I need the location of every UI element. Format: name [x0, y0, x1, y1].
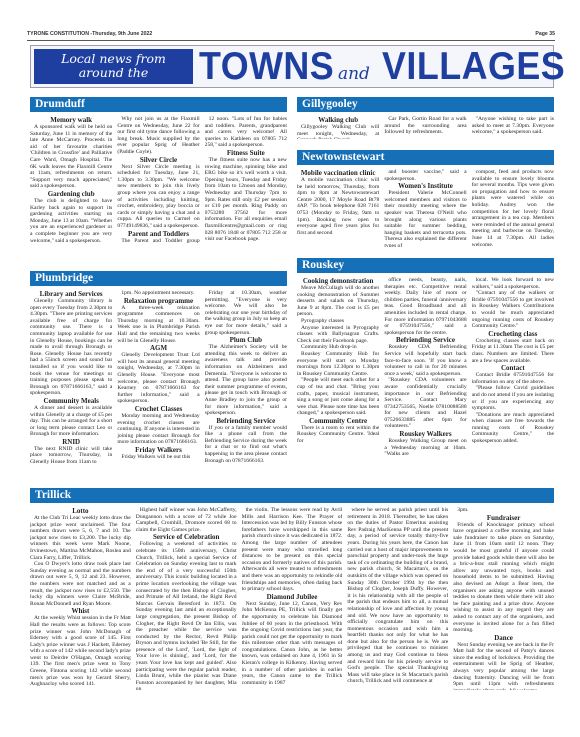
article-column: 3pm.FundraiserFriends of Knocknagor prim…: [453, 507, 554, 690]
article-paragraph: 12 noon. "Lots of fun for babies and tod…: [205, 116, 287, 149]
section-title: Rouskey: [297, 258, 554, 273]
article-heading: Whist: [30, 607, 131, 615]
article-paragraph: Pyrography classes: [297, 318, 379, 325]
article-heading: Fitness Suite: [205, 149, 287, 157]
article-paragraph: Car Park, Gortin Road for a walk around …: [384, 116, 466, 136]
section-title: Newtownstewart: [297, 150, 554, 165]
article-paragraph: At the Club Tri Leac weekly lotto draw t…: [30, 515, 131, 561]
article-heading: Memory walk: [30, 116, 112, 124]
article-paragraph: Following a weekend of activities to cel…: [136, 541, 237, 690]
article-column: 1pm. No appointment necessary.Relaxation…: [117, 290, 199, 480]
article-heading: Relaxation programme: [117, 297, 199, 305]
article-column: Walking clubGillygooley Walking Club wil…: [297, 116, 379, 139]
article-paragraph: At the weekly Whist session in the Fr Ma…: [30, 615, 131, 688]
article-column: office needs, beauty, nails, therapies e…: [384, 277, 466, 480]
article-heading: Fundraiser: [453, 514, 554, 522]
section-plumbridge: Plumbridge Library and ServicesGlenelly …: [30, 271, 287, 483]
article-heading: Crochet Classes: [117, 405, 199, 413]
masthead-line2: around the: [34, 66, 193, 80]
article-paragraph: Friends of Knocknagor primary school hav…: [453, 522, 554, 634]
article-paragraph: The fitness suite now has a new rowing m…: [205, 157, 287, 243]
article-heading: Women's Institute: [384, 182, 466, 190]
article-paragraph: Glenelly Community library is open every…: [30, 298, 112, 397]
article-paragraph: There is a room to rent within the Rousk…: [297, 425, 379, 445]
article-column: Why not join us at the Flaxmill Centre o…: [117, 116, 199, 244]
article-heading: Crocheting class: [472, 330, 554, 338]
section-gillygooley: Gillygooley Walking clubGillygooley Walk…: [297, 97, 554, 142]
article-heading: RNID: [30, 438, 112, 446]
article-heading: Friday Walkers: [117, 446, 199, 454]
article-paragraph: Next Sunday evening we are back in the F…: [453, 642, 554, 690]
article-paragraph: Friday Walkers will be out this: [117, 454, 199, 461]
article-column: where he served as parish priest until h…: [347, 507, 448, 690]
article-heading: Cooking demonstration: [297, 277, 379, 285]
article-column: and booster vaccine," said a spokesperso…: [384, 169, 466, 247]
article-paragraph: Meave McCullagh will do another cooking …: [297, 285, 379, 318]
article-paragraph: Crocheting classes start back on Friday …: [472, 338, 554, 364]
article-column: Mobile vaccination clinicA mobile vaccin…: [297, 169, 379, 247]
article-paragraph: "Please follow Covid guidelines and do n…: [472, 385, 554, 411]
article-paragraph: The Alzheimer's Society will be attendin…: [205, 344, 287, 417]
article-paragraph: "Anyone wishing to take part is asked to…: [472, 116, 554, 136]
article-heading: Community Centre: [297, 417, 379, 425]
article-heading: Parent and Toddlers: [117, 230, 199, 238]
article-paragraph: Community Hub drop-in: [297, 344, 379, 351]
article-heading: Mobile vaccination clinic: [297, 169, 379, 177]
article-heading: Plum Club: [205, 336, 287, 344]
page-header: TYRONE CONSTITUTION -Thursday, 9th June …: [27, 30, 555, 41]
article-paragraph: Next Silver Circle meeting is scheduled …: [117, 164, 199, 230]
article-paragraph: 1pm. No appointment necessary.: [117, 290, 199, 297]
article-paragraph: "Contact any of the walkers or Bridie 07…: [472, 290, 554, 330]
article-paragraph: A sponsored walk will be held on Saturda…: [30, 124, 112, 190]
article-column: Cooking demonstrationMeave McCullagh wil…: [297, 277, 379, 480]
section-rouskey: Rouskey Cooking demonstrationMeave McCul…: [297, 258, 554, 483]
section-trillick: Trillick LottoAt the Club Tri Leac weekl…: [30, 488, 554, 693]
article-paragraph: Anyone interested in Pyrography classes …: [297, 325, 379, 345]
publication-date: TYRONE CONSTITUTION -Thursday, 9th June …: [27, 31, 152, 37]
article-paragraph: A dinner and dessert is available within…: [30, 405, 112, 438]
article-paragraph: where he served as parish priest until h…: [347, 507, 448, 685]
article-paragraph: local. We look forward to new walkers," …: [472, 277, 554, 290]
section-newtownstewart: Newtownstewart Mobile vaccination clinic…: [297, 150, 554, 250]
article-heading: Community Meals: [30, 397, 112, 405]
article-paragraph: A three-week relaxation programme commen…: [117, 305, 199, 345]
article-heading: Walking club: [297, 116, 379, 124]
article-column: Car Park, Gortin Road for a walk around …: [384, 116, 466, 139]
article-paragraph: Cou O Dwyer's lotto draw took place last…: [30, 561, 131, 607]
article-column: Highest half winner was John McCafferty,…: [136, 507, 237, 690]
masthead-and: and: [338, 64, 370, 84]
article-paragraph: "Rouskey CDA volunteers are aware confid…: [384, 377, 466, 430]
masthead-title: TOWNS and VILLAGES: [199, 47, 580, 85]
article-paragraph: Rouskey CDA Befriending Service will hop…: [384, 344, 466, 377]
article-paragraph: The club is delighted to have Karley bac…: [30, 198, 112, 244]
section-title: Drumduff: [30, 97, 287, 112]
article-paragraph: Contact Bridie 07591047556 for informati…: [472, 372, 554, 385]
article-paragraph: Rouskey Community Hub for everyone will …: [297, 351, 379, 377]
article-paragraph: 3pm.: [453, 507, 554, 514]
article-paragraph: Next Sunday, June 12, Canon, Very Rev Jo…: [242, 601, 343, 687]
article-heading: Dance: [453, 634, 554, 642]
article-paragraph: and booster vaccine," said a spokesperso…: [384, 169, 466, 182]
article-heading: Library and Services: [30, 290, 112, 298]
article-paragraph: Friday at 10.30am, weather permitting. "…: [205, 290, 287, 336]
article-paragraph: "Donations are much appreciated when cla…: [472, 412, 554, 445]
article-column: local. We look forward to new walkers," …: [472, 277, 554, 480]
page-number: Page 35: [535, 31, 555, 37]
section-title: Gillygooley: [297, 97, 554, 112]
section-drumduff: Drumduff Memory walkA sponsored walk wil…: [30, 97, 287, 247]
article-heading: Lotto: [30, 507, 131, 515]
article-paragraph: Rouskey Walking Group meet on a Wednesda…: [384, 438, 466, 458]
article-column: "Anyone wishing to take part is asked to…: [472, 116, 554, 139]
section-title: Trillick: [30, 488, 554, 503]
article-paragraph: office needs, beauty, nails, therapies e…: [384, 277, 466, 336]
article-heading: AGM: [117, 344, 199, 352]
masthead-tagline-box: Local news from around the: [34, 49, 193, 84]
article-paragraph: A mobile vaccination clinic will be held…: [297, 177, 379, 236]
article-heading: Diamond Jubilee: [242, 593, 343, 601]
article-column: compost, feed and products now available…: [472, 169, 554, 247]
article-column: Friday at 10.30am, weather permitting. "…: [205, 290, 287, 480]
article-paragraph: the violin. The lessons were read by Avr…: [242, 507, 343, 593]
article-heading: Befriending Service: [205, 417, 287, 425]
article-paragraph: Glenelly Development Trust Ltd will host…: [117, 352, 199, 405]
article-paragraph: Why not join us at the Flaxmill Centre o…: [117, 116, 199, 156]
masthead-villages: VILLAGES: [382, 47, 565, 87]
article-column: the violin. The lessons were read by Avr…: [242, 507, 343, 690]
article-paragraph: Monday morning and Wednesday evening cro…: [117, 413, 199, 446]
article-paragraph: The next RNID clinic will take place tom…: [30, 446, 112, 466]
article-paragraph: compost, feed and products now available…: [472, 169, 554, 247]
article-paragraph: The Parent and Toddler group meets on Fr…: [117, 238, 199, 245]
article-paragraph: President Valerie McConnell welcomed mem…: [384, 190, 466, 247]
article-paragraph: "People will meet each other for a cup o…: [297, 377, 379, 417]
article-column: 12 noon. "Lots of fun for babies and tod…: [205, 116, 287, 244]
article-column: Library and ServicesGlenelly Community l…: [30, 290, 112, 480]
article-column: LottoAt the Club Tri Leac weekly lotto d…: [30, 507, 131, 690]
section-title: Plumbridge: [30, 271, 287, 286]
article-heading: Contact: [472, 364, 554, 372]
article-heading: Gardening club: [30, 190, 112, 198]
article-paragraph: Highest half winner was John McCafferty,…: [136, 507, 237, 533]
masthead-towns: TOWNS: [199, 47, 334, 87]
masthead-line1: Local news from: [34, 52, 193, 66]
article-paragraph: If you or a family member would like a p…: [205, 425, 287, 465]
masthead-banner: Local news from around the TOWNS and VIL…: [30, 45, 554, 88]
article-column: Memory walkA sponsored walk will be held…: [30, 116, 112, 244]
article-heading: Rouskey Walkers: [384, 430, 466, 438]
article-heading: Silver Circle: [117, 156, 199, 164]
article-paragraph: Gillygooley Walking Club will meet tonig…: [297, 124, 379, 139]
